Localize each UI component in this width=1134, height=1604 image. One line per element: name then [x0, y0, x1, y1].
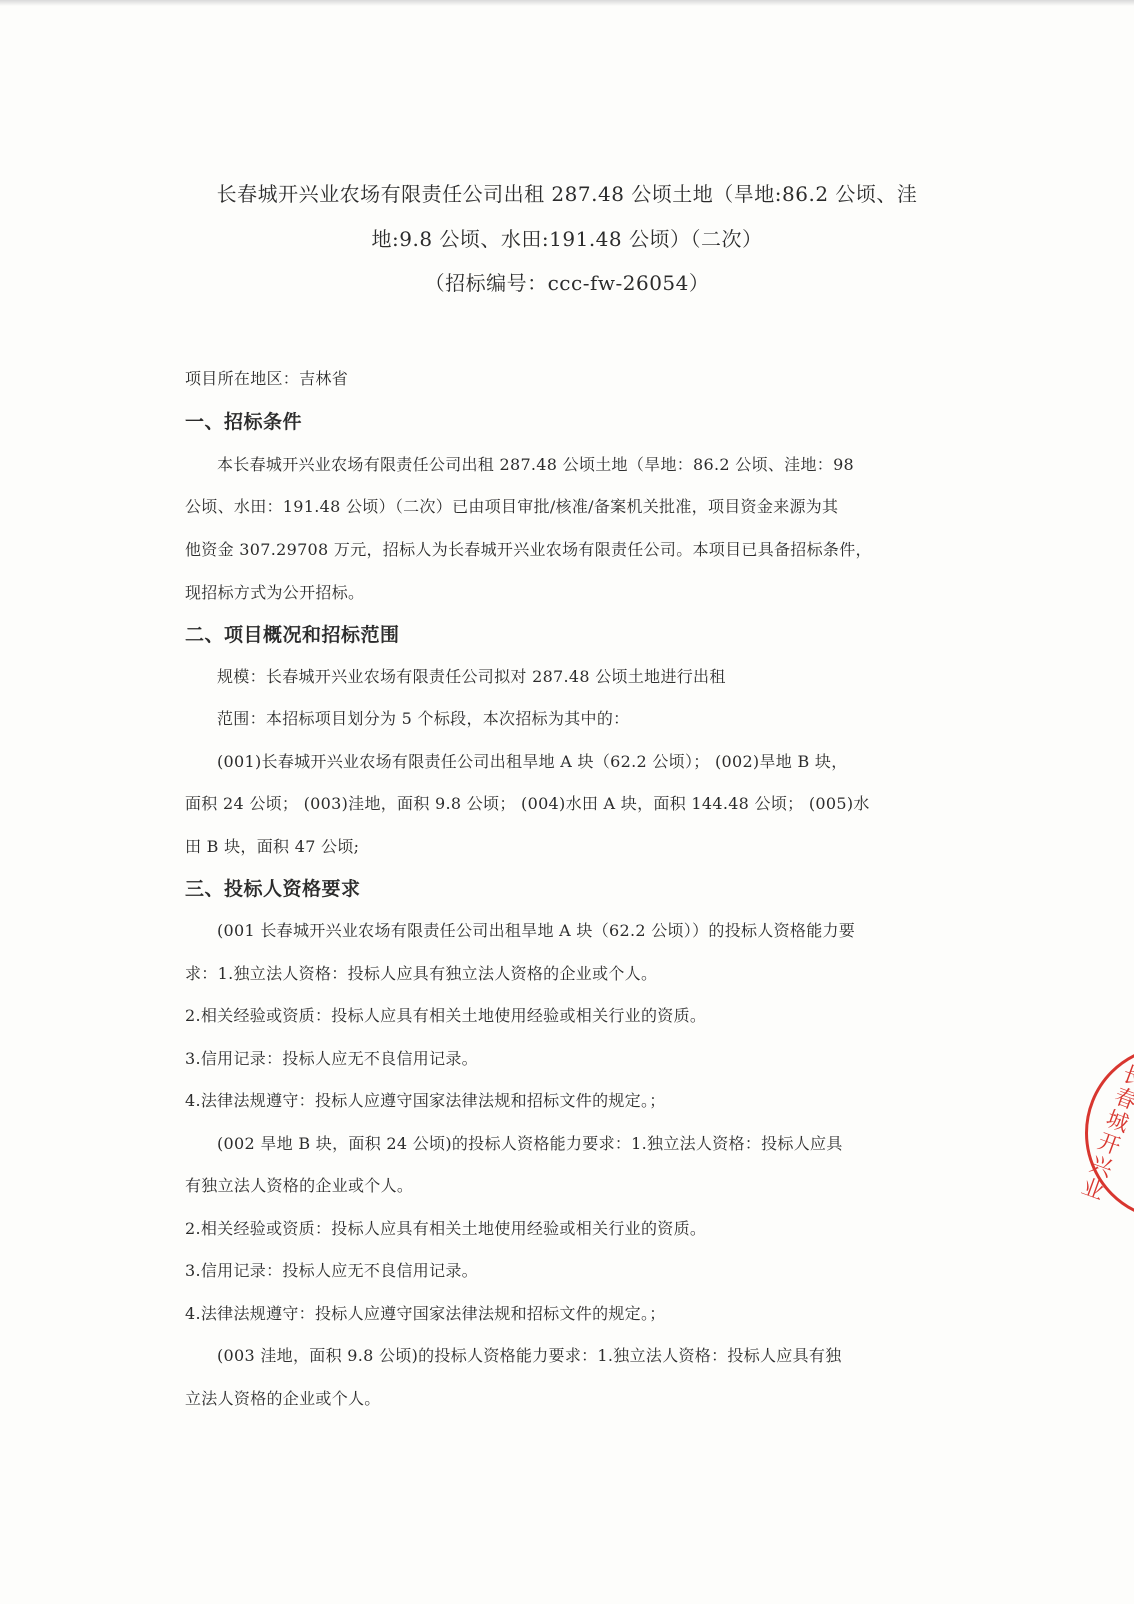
paragraph-line: (003 洼地，面积 9.8 公顷)的投标人资格能力要求：1.独立法人资格：投标… — [217, 1343, 842, 1366]
paragraph-line: 他资金 307.29708 万元，招标人为长春城开兴业农场有限责任公司。本项目已… — [185, 537, 872, 560]
tender-number: （招标编号：ccc-fw-26054） — [0, 267, 1134, 296]
paragraph-line: 4.法律法规遵守：投标人应遵守国家法律法规和招标文件的规定。； — [185, 1088, 666, 1111]
paragraph-line: 求：1.独立法人资格：投标人应具有独立法人资格的企业或个人。 — [185, 961, 657, 984]
paragraph-line: 现招标方式为公开招标。 — [185, 580, 364, 603]
paragraph-line: 2.相关经验或资质：投标人应具有相关土地使用经验或相关行业的资质。 — [185, 1216, 706, 1239]
section-heading-tender-conditions: 一、招标条件 — [185, 407, 302, 434]
paragraph-line: 3.信用记录：投标人应无不良信用记录。 — [185, 1258, 478, 1281]
paragraph-line: 立法人资格的企业或个人。 — [185, 1386, 381, 1409]
section-heading-project-overview: 二、项目概况和招标范围 — [185, 620, 400, 647]
document-title-line-2: 地:9.8 公顷、水田:191.48 公顷）（二次） — [0, 223, 1134, 252]
document-page: 长春城开兴业农场有限责任公司出租 287.48 公顷土地（旱地:86.2 公顷、… — [0, 0, 1134, 1604]
paragraph-line: (001 长春城开兴业农场有限责任公司出租旱地 A 块（62.2 公顷））的投标… — [217, 918, 855, 941]
project-region: 项目所在地区：吉林省 — [185, 366, 348, 389]
paragraph-line: (002 旱地 B 块，面积 24 公顷)的投标人资格能力要求：1.独立法人资格… — [217, 1131, 843, 1154]
paragraph-line: 本长春城开兴业农场有限责任公司出租 287.48 公顷土地（旱地：86.2 公顷… — [217, 452, 854, 475]
paragraph-line: 4.法律法规遵守：投标人应遵守国家法律法规和招标文件的规定。； — [185, 1301, 666, 1324]
section-heading-bidder-qualifications: 三、投标人资格要求 — [185, 874, 361, 901]
paragraph-line: 面积 24 公顷； (003)洼地，面积 9.8 公顷； (004)水田 A 块… — [185, 791, 870, 814]
paragraph-line: 规模：长春城开兴业农场有限责任公司拟对 287.48 公顷土地进行出租 — [217, 664, 726, 687]
document-title-line-1: 长春城开兴业农场有限责任公司出租 287.48 公顷土地（旱地:86.2 公顷、… — [0, 178, 1134, 207]
paragraph-line: 田 B 块，面积 47 公顷; — [185, 834, 359, 857]
paragraph-line: 公顷、水田：191.48 公顷）（二次）已由项目审批/核准/备案机关批准，项目资… — [185, 494, 838, 517]
paragraph-line: 范围：本招标项目划分为 5 个标段，本次招标为其中的： — [217, 706, 629, 729]
paragraph-line: 有独立法人资格的企业或个人。 — [185, 1173, 413, 1196]
paragraph-line: (001)长春城开兴业农场有限责任公司出租旱地 A 块（62.2 公顷）； (0… — [217, 749, 848, 772]
paragraph-line: 2.相关经验或资质：投标人应具有相关土地使用经验或相关行业的资质。 — [185, 1003, 706, 1026]
paragraph-line: 3.信用记录：投标人应无不良信用记录。 — [185, 1046, 478, 1069]
